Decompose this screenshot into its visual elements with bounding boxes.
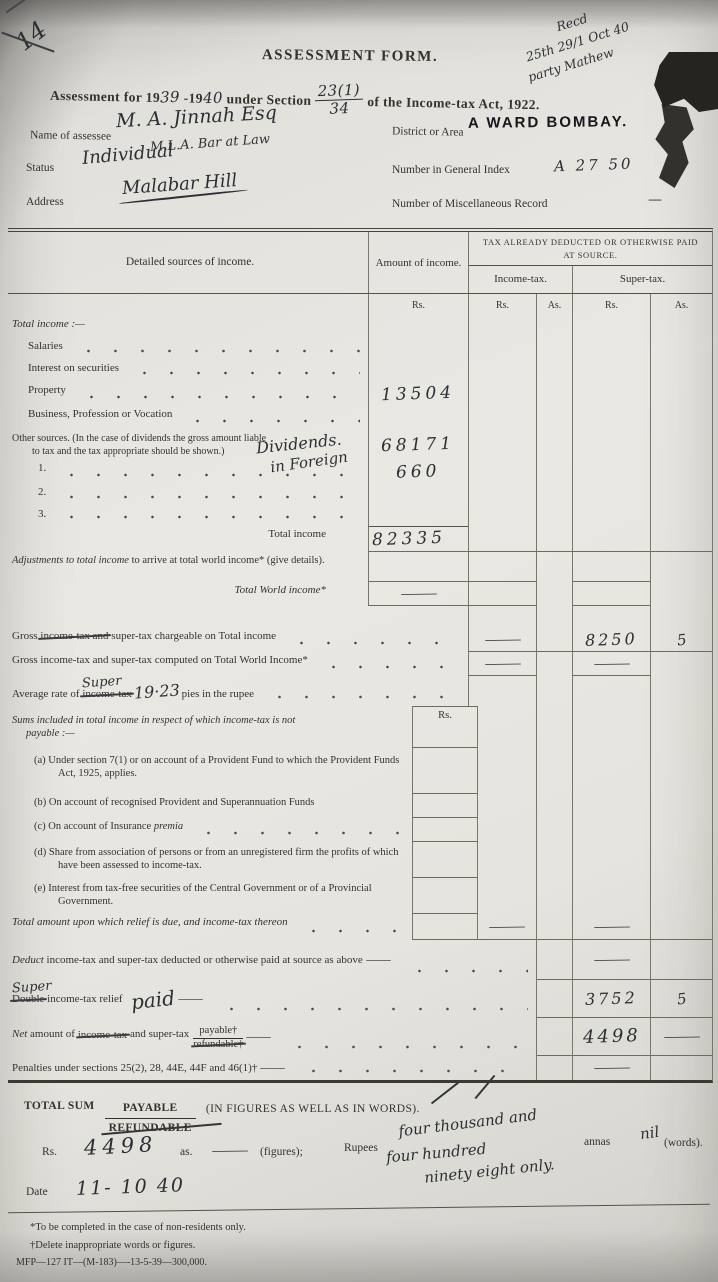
table-row-business: Business, Profession or Vocation [8,406,712,430]
row-label: Penalties under sections 25(2), 28, 44E,… [12,1062,257,1076]
amount-words-line2-handwritten: four hundred [385,1140,487,1167]
year-from-handwritten: 39 [160,88,180,107]
table-row-item-c: (c) On account of Insurance premia [8,818,712,842]
cell: — [468,628,536,652]
row-label: (b) On account of recognised Provident a… [58,796,315,809]
assessment-pre: Assessment for 19 [50,88,160,105]
row-label-wrap: Total income [8,526,368,552]
corner-serial-text: 14 [11,16,52,57]
total-sum-tail: (IN FIGURES AS WELL AS IN WORDS). [206,1100,420,1115]
units-st-as: As. [650,294,712,316]
row-label-wrap: Total amount upon which relief is due, a… [8,914,412,940]
cell [572,794,650,818]
cell [536,818,572,842]
table-row-sums-heading: Sums included in total income in respect… [8,706,712,748]
dash-handwritten: — [484,654,521,673]
cell [468,606,536,628]
status-value-handwritten: Individual [81,140,174,169]
cell [536,842,572,878]
sums-line1: Sums included in total income in respect… [12,715,295,726]
cell [650,676,712,706]
cell [536,940,572,980]
cell-amount [368,338,468,360]
cell [536,878,572,914]
cell [536,980,572,1018]
table-row-spacer [8,606,712,628]
cell [468,360,536,382]
double-relief-supertax-as-handwritten: 5 [676,989,688,1008]
income-table: Detailed sources of income. Amount of in… [8,228,713,1083]
cell [572,526,650,552]
row-label-rest: to arrive at total world income* (give d… [129,555,325,566]
row-label-wrap: Adjustments to total income to arrive at… [8,552,368,582]
cell-gap [478,706,536,748]
date-value-handwritten: 11- 10 40 [76,1174,186,1200]
row-label-wrap: Gross income-tax and super-tax computed … [8,652,468,676]
received-note: Recd 25th 29/1 Oct 40 party Mathew [518,0,638,86]
district-stamp: A WARD BOMBAY. [468,113,628,132]
property-amount-handwritten: 13504 [381,383,456,406]
cell [536,582,572,606]
footnote-nonresidents: *To be completed in the case of non-resi… [30,1222,246,1233]
cell [572,706,650,748]
cell [650,526,712,552]
row-label: Business, Profession or Vocation [28,408,172,422]
cell [536,1018,572,1056]
sub-box-cell [412,878,478,914]
row-label-italic: Adjustments to total income [12,555,129,566]
cell [536,506,572,526]
footnote-delete: †Delete inappropriate words or figures. [30,1240,195,1251]
cell [650,430,712,460]
cell [650,506,712,526]
cell [468,338,536,360]
print-imprint: MFP—127 IT—(M-183)—-13-5-39—300,000. [16,1257,207,1268]
col-header-sources: Detailed sources of income. [8,232,368,293]
double-relief-supertax-rs-handwritten: 3752 [585,988,638,1009]
row-label: Gross income-tax and super-tax computed … [12,654,308,668]
cell-amount [368,552,468,582]
table-row-item3: 3. [8,506,712,526]
table-row-gross-computed: Gross income-tax and super-tax computed … [8,652,712,676]
misc-record-label: Number of Miscellaneous Record [392,198,548,210]
label-rest: amount of [27,1029,77,1041]
cell [572,552,650,582]
row-label-wrap: (d) Share from association of persons or… [8,842,412,878]
label-post: super-tax chargeable on Total income [109,630,277,642]
cell [468,430,536,460]
table-row-total-income-heading: Total income :— [8,316,712,338]
cell [536,606,572,628]
row-label: DoubleSuper income-tax relief [12,993,123,1007]
row-label-wrap: Net amount of income-tax and super-taxpa… [8,1018,536,1056]
units-it-as: As. [536,294,572,316]
address-label: Address [26,196,64,208]
cell [468,382,536,406]
super-handwritten: Super [11,979,52,998]
cell [650,842,712,878]
annas-value-handwritten: nil [639,1123,661,1144]
table-row-average-rate: Average rate of income-taxSuper19·23pies… [8,676,712,706]
cell-amount [368,360,468,382]
cell-amount: 13504 [368,382,468,406]
payable-refundable-fraction: payable†refundable† [193,1025,243,1050]
cell [536,652,572,676]
label-mid: and super-tax [127,1029,189,1041]
assessment-post: of the Income-tax Act, 1922. [363,94,539,112]
units-blank [8,294,368,316]
row-label: (a) Under section 7(1) or on account of … [58,754,412,780]
sub-box-cell [412,818,478,842]
cell [572,582,650,606]
dash-handwritten: — [593,917,630,936]
cell [468,484,536,506]
row-label: 2. [38,486,46,500]
dash-handwritten: — [484,630,521,649]
cell [468,552,536,582]
label-struck: income-tax and [40,630,108,642]
cell [536,382,572,406]
table-row-double-relief: DoubleSuper income-tax relief paid — 375… [8,980,712,1018]
total-income-amount-handwritten: 82335 [372,528,447,551]
cell: 5 [650,980,712,1018]
units-header-row: Rs. Rs. As. Rs. As. [8,294,712,316]
cell [536,1056,572,1080]
cell [536,338,572,360]
cell-amount: 660 [368,460,468,484]
cell [650,582,712,606]
table-row-penalties: Penalties under sections 25(2), 28, 44E,… [8,1056,712,1080]
cell [536,360,572,382]
misc-record-value-handwritten: — [648,192,662,208]
section-number-handwritten: 23(1)34 [315,83,364,118]
cell [536,406,572,430]
cell-gap [478,818,536,842]
rate-value-handwritten: 19·23 [133,680,180,703]
sums-line2: payable :— [12,728,75,739]
col-header-tax-sub: Income-tax. Super-tax. [469,266,712,294]
table-row-total-income: Total income 82335 [8,526,712,552]
district-label: District or Area [392,125,464,138]
col-header-amount: Amount of income. [368,232,468,293]
figures-label: (figures); [260,1146,303,1158]
table-row-relief-total: Total amount upon which relief is due, a… [8,914,712,940]
cell [572,842,650,878]
super-handwritten: Super [82,674,123,693]
cell [536,460,572,484]
cell: 3752 [572,980,650,1018]
dash-handwritten: — [246,1031,271,1045]
other-sources-line2: to tax and the tax appropriate should be… [12,446,224,457]
label-italic: Deduct [12,954,44,966]
cell [572,676,650,706]
table-row-net-amount: Net amount of income-tax and super-taxpa… [8,1018,712,1056]
table-row-item-b: (b) On account of recognised Provident a… [8,794,712,818]
row-label-wrap: (b) On account of recognised Provident a… [8,794,412,818]
sub-box-rs-label: Rs. [438,710,452,721]
row-label: Salaries [28,340,63,354]
row-label: Total income :— [8,316,368,338]
chargeable-supertax-as-handwritten: 5 [676,630,688,649]
row-label: Total income [268,528,326,542]
cell: — [572,652,650,676]
row-label-wrap: Deduct income-tax and super-tax deducted… [8,940,536,980]
cell-amount [368,506,468,526]
world-income-dash-handwritten: — [400,584,437,603]
cell-amount [368,406,468,430]
row-label-wrap: Penalties under sections 25(2), 28, 44E,… [8,1056,536,1080]
fraction-top: payable† [193,1025,243,1038]
row-label-wrap: (a) Under section 7(1) or on account of … [8,748,412,794]
label-italic: premia [154,821,183,832]
col-header-super-tax: Super-tax. [572,266,712,294]
cell [468,676,536,706]
table-row-interest: Interest on securities [8,360,712,382]
cell [536,706,572,748]
table-row-item1: 1. 660 in Foreign [8,460,712,484]
net-supertax-rs-handwritten: 4498 [582,1025,641,1048]
cell: 8250 [572,628,650,652]
row-label-wrap: (e) Interest from tax-free securities of… [8,878,412,914]
cell [536,316,572,338]
cell-blank [8,606,468,628]
table-row-property: Property 13504 [8,382,712,406]
label-rest: income-tax and super-tax deducted or oth… [44,954,363,966]
label-struck: DoubleSuper [12,993,44,1005]
row-label: Property [28,384,66,398]
cell [572,506,650,526]
sub-box-cell [412,794,478,818]
dash-handwritten: — [177,993,202,1007]
cell-gap [478,748,536,794]
cell [572,406,650,430]
dash-handwritten: — [366,954,391,968]
cell [650,914,712,940]
col-header-tax-group: Tax already deducted or otherwise paid a… [468,232,712,293]
cell [468,506,536,526]
cell [650,484,712,506]
rs-value-handwritten: 4498 [83,1132,158,1160]
section-number-bottom: 34 [315,100,364,118]
cell [650,606,712,628]
other-sources-line1: Other sources. (In the case of dividends… [12,433,266,444]
footer-divider [8,1204,710,1214]
cell [572,606,650,628]
status-label: Status [26,162,54,174]
label-pre: Gross [12,630,40,642]
cell [572,382,650,406]
table-row-adjustments: Adjustments to total income to arrive at… [8,552,712,582]
row-label-wrap: (c) On account of Insurance premia [8,818,412,842]
sub-box-rs-header: Rs. [412,706,478,748]
cell [650,406,712,430]
cell [650,706,712,748]
date-label: Date [26,1186,48,1198]
cell [572,484,650,506]
cell: — [468,652,536,676]
pen-stroke [6,0,28,13]
cell: — [572,1056,650,1080]
cell-gap: — [478,914,536,940]
general-index-label: Number in General Index [392,164,510,176]
cell [650,382,712,406]
units-it-rs: Rs. [468,294,536,316]
cell [650,552,712,582]
dash-handwritten: — [260,1062,285,1076]
table-row-item-d: (d) Share from association of persons or… [8,842,712,878]
cell: — [572,914,650,940]
row-label: Total amount upon which relief is due, a… [12,916,288,930]
dividends-amount-handwritten: 68171 [381,434,456,457]
row-label: Average rate of income-taxSuper19·23pies… [12,682,254,702]
cell [572,430,650,460]
cell: — [572,940,650,980]
cell-amount: 82335 [368,526,468,552]
dash-handwritten: — [593,654,630,673]
row-label: (d) Share from association of persons or… [58,846,412,872]
as-value-handwritten: — [212,1142,249,1161]
cell [468,526,536,552]
rs-label: Rs. [42,1146,57,1158]
label-struck: income-tax [78,1029,127,1041]
cell [650,1056,712,1080]
dash-handwritten: — [663,1027,700,1046]
table-row-world-income: Total World income* — [8,582,712,606]
label-post: pies in the rupee [182,688,254,700]
total-sum-label: TOTAL SUM [24,1100,95,1112]
table-row-item-e: (e) Interest from tax-free securities of… [8,878,712,914]
payable-label: PAYABLE [105,1100,196,1119]
dash-handwritten: — [593,1059,630,1078]
cell [536,794,572,818]
rupees-label: Rupees [344,1142,378,1154]
cell [468,582,536,606]
cell: — [650,1018,712,1056]
row-label: Gross income-tax and super-tax chargeabl… [12,630,276,644]
paper-sheet: 14 Recd 25th 29/1 Oct 40 party Mathew AS… [0,0,718,1282]
cell-gap [478,842,536,878]
payable-refundable-stack: PAYABLE REFUNDABLE [105,1100,196,1136]
cell [650,818,712,842]
cell [572,360,650,382]
cell-amount [368,316,468,338]
cell [572,316,650,338]
cell [650,940,712,980]
assessment-mid: -19 [180,90,203,105]
dash-handwritten: — [593,950,630,969]
table-row-gross-chargeable: Gross income-tax and super-tax chargeabl… [8,628,712,652]
cell [650,360,712,382]
cell: 5 [650,628,712,652]
label-pre: (c) On account of Insurance [34,821,154,832]
cell [536,748,572,794]
col-header-tax-title: Tax already deducted or otherwise paid a… [469,232,712,266]
cell [650,794,712,818]
annas-label: annas [584,1136,610,1148]
sub-box-cell [412,914,478,940]
cell [536,628,572,652]
cell [536,430,572,460]
corner-serial-mark: 14 [11,16,52,57]
chargeable-supertax-rs-handwritten: 8250 [585,629,638,650]
row-label-wrap: Sums included in total income in respect… [8,706,412,748]
row-label-wrap: Gross income-tax and super-tax chargeabl… [8,628,468,652]
assessment-form-photo: 14 Recd 25th 29/1 Oct 40 party Mathew AS… [0,0,718,1282]
table-row-item2: 2. [8,484,712,506]
words-label: (words). [664,1137,703,1149]
form-title: ASSESSMENT FORM. [180,46,520,67]
cell-amount [368,484,468,506]
cell [572,818,650,842]
cell [650,460,712,484]
address-value-handwritten: Malabar Hill [121,170,237,199]
paid-handwritten: paid [129,985,175,1014]
row-label: Interest on securities [28,362,119,376]
label-pre: Average rate of [12,688,82,700]
units-st-rs: Rs. [572,294,650,316]
cell [572,878,650,914]
sub-box-cell [412,748,478,794]
table-row-deduct: Deduct income-tax and super-tax deducted… [8,940,712,980]
label-italic: Net [12,1029,27,1041]
cell [536,914,572,940]
cell-amount: — [368,582,468,606]
cell [650,748,712,794]
label-rest: income-tax relief [44,993,122,1005]
cell [572,748,650,794]
row-label: Net amount of income-tax and super-taxpa… [12,1025,243,1050]
name-label: Name of assessee [30,129,111,142]
cell [536,484,572,506]
pen-stroke [431,1082,459,1105]
fraction-bottom: refundable† [193,1039,243,1050]
cell [536,526,572,552]
cell [536,552,572,582]
row-label-wrap: Average rate of income-taxSuper19·23pies… [8,676,468,706]
general-index-value-handwritten: A 27 50 [554,155,634,176]
col-header-income-tax: Income-tax. [469,266,572,294]
cell [468,316,536,338]
cell-amount: 68171 [368,430,468,460]
sub-box-cell [412,842,478,878]
row-label-wrap: Total World income* [8,582,368,606]
table-row-item-a: (a) Under section 7(1) or on account of … [8,748,712,794]
row-label: 1. [38,462,46,476]
row-label-wrap: DoubleSuper income-tax relief paid — [8,980,536,1018]
total-sum-line: TOTAL SUM PAYABLE REFUNDABLE (IN FIGURES… [24,1100,420,1136]
cell [650,878,712,914]
cell-gap [478,794,536,818]
as-label: as. [180,1146,192,1158]
cell: 4498 [572,1018,650,1056]
cell [468,460,536,484]
cell [536,676,572,706]
row-label: (e) Interest from tax-free securities of… [58,882,412,908]
table-header-row: Detailed sources of income. Amount of in… [8,232,712,294]
cell [572,338,650,360]
cell [650,338,712,360]
table-row-salaries: Salaries [8,338,712,360]
row-label: (c) On account of Insurance premia [58,820,183,833]
row-label: Total World income* [235,584,326,598]
row-label: Deduct income-tax and super-tax deducted… [12,954,363,968]
units-amount-rs: Rs. [368,294,468,316]
row-label: 3. [38,508,46,522]
table-row-other-sources: Other sources. (In the case of dividends… [8,430,712,460]
cell [650,316,712,338]
label-struck: income-taxSuper [82,688,131,700]
dash-handwritten: — [489,917,526,936]
